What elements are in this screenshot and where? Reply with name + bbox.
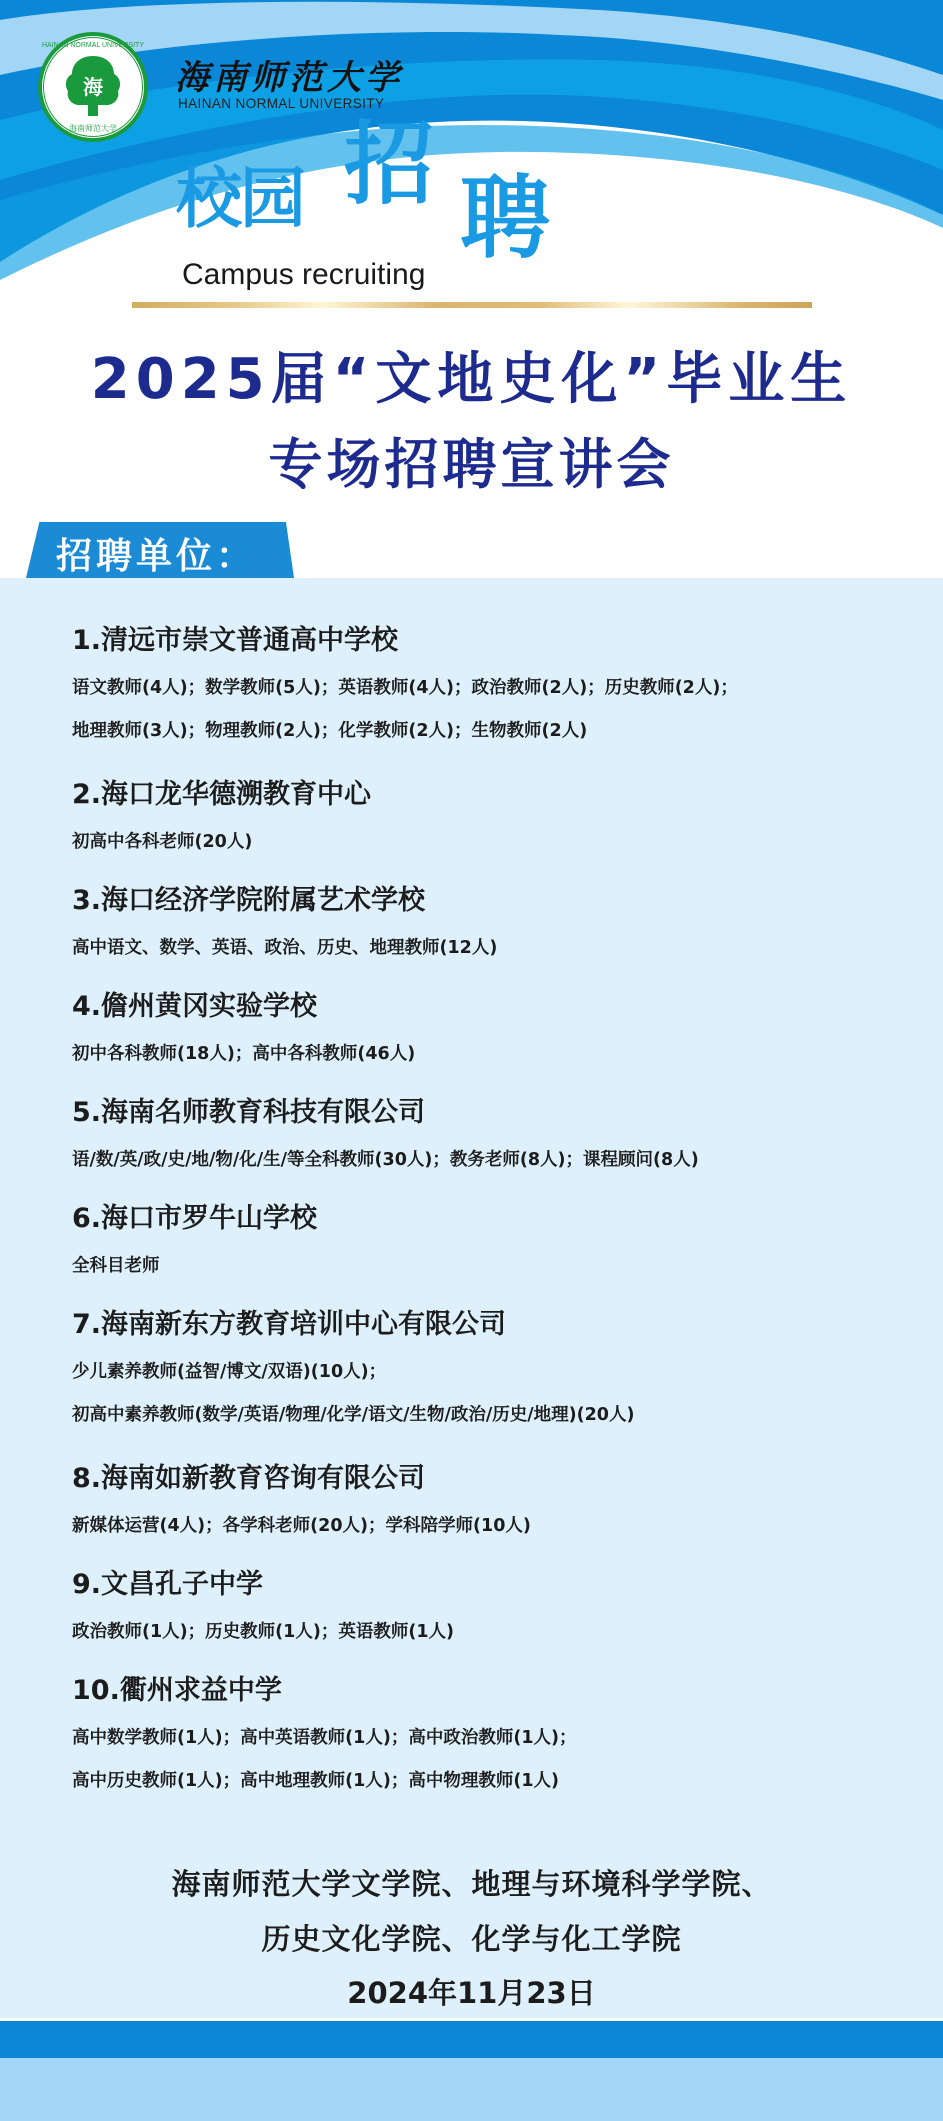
svg-text:HAINAN NORMAL UNIVERSITY: HAINAN NORMAL UNIVERSITY [42, 42, 144, 49]
unit-item: 5.海南名师教育科技有限公司 语/数/英/政/史/地/物/化/生/等全科教师(3… [72, 1097, 699, 1171]
unit-positions: 初高中素养教师(数学/英语/物理/化学/语文/生物/政治/历史/地理)(20人) [72, 1404, 634, 1426]
gold-divider [132, 302, 812, 308]
unit-item: 1.清远市崇文普通高中学校 语文教师(4人)；数学教师(5人)；英语教师(4人)… [72, 625, 738, 742]
unit-name: 10.衢州求益中学 [72, 1675, 577, 1707]
unit-item: 3.海口经济学院附属艺术学校 高中语文、数学、英语、政治、历史、地理教师(12人… [72, 885, 497, 959]
poster-header: 海 海南师范大学 HAINAN NORMAL UNIVERSITY 海南师范大学… [0, 0, 943, 580]
university-name-en: HAINAN NORMAL UNIVERSITY [178, 96, 384, 111]
event-title-line-2: 专场招聘宣讲会 [0, 422, 943, 499]
unit-name: 7.海南新东方教育培训中心有限公司 [72, 1309, 634, 1341]
unit-positions: 语/数/英/政/史/地/物/化/生/等全科教师(30人)；教务老师(8人)；课程… [72, 1149, 699, 1171]
unit-name: 9.文昌孔子中学 [72, 1569, 454, 1601]
unit-item: 10.衢州求益中学 高中数学教师(1人)；高中英语教师(1人)；高中政治教师(1… [72, 1675, 577, 1792]
event-date: 2024年11月23日 [0, 1971, 943, 2012]
campus-recruit-word-2: 招 [344, 120, 434, 210]
footer-band-light [0, 2058, 943, 2121]
unit-name: 8.海南如新教育咨询有限公司 [72, 1463, 531, 1495]
organizers-line-1: 海南师范大学文学院、地理与环境科学学院、 [0, 1862, 943, 1903]
unit-positions: 新媒体运营(4人)；各学科老师(20人)；学科陪学师(10人) [72, 1515, 531, 1537]
unit-positions: 初中各科教师(18人)；高中各科教师(46人) [72, 1043, 415, 1065]
unit-item: 6.海口市罗牛山学校 全科目老师 [72, 1203, 317, 1277]
unit-positions: 高中语文、数学、英语、政治、历史、地理教师(12人) [72, 937, 497, 959]
unit-name: 1.清远市崇文普通高中学校 [72, 625, 738, 657]
unit-item: 8.海南如新教育咨询有限公司 新媒体运营(4人)；各学科老师(20人)；学科陪学… [72, 1463, 531, 1537]
campus-recruit-word-3: 聘 [460, 174, 550, 264]
university-logo: 海 海南师范大学 HAINAN NORMAL UNIVERSITY [36, 30, 150, 144]
unit-item: 7.海南新东方教育培训中心有限公司 少儿素养教师(益智/博文/双语)(10人)；… [72, 1309, 634, 1426]
event-title-line-1: 2025届“文地史化”毕业生 [0, 335, 943, 415]
unit-item: 2.海口龙华德溯教育中心 初高中各科老师(20人) [72, 779, 371, 853]
unit-name: 2.海口龙华德溯教育中心 [72, 779, 371, 811]
unit-positions: 少儿素养教师(益智/博文/双语)(10人)； [72, 1361, 634, 1383]
svg-text:海南师范大学: 海南师范大学 [69, 123, 117, 133]
unit-name: 6.海口市罗牛山学校 [72, 1203, 317, 1235]
unit-item: 9.文昌孔子中学 政治教师(1人)；历史教师(1人)；英语教师(1人) [72, 1569, 454, 1643]
university-name-cn: 海南师范大学 [175, 50, 403, 99]
unit-positions: 全科目老师 [72, 1255, 317, 1277]
unit-positions: 高中数学教师(1人)；高中英语教师(1人)；高中政治教师(1人)； [72, 1727, 577, 1749]
unit-positions: 语文教师(4人)；数学教师(5人)；英语教师(4人)；政治教师(2人)；历史教师… [72, 677, 738, 699]
unit-positions: 初高中各科老师(20人) [72, 831, 371, 853]
unit-name: 4.儋州黄冈实验学校 [72, 991, 415, 1023]
unit-positions: 政治教师(1人)；历史教师(1人)；英语教师(1人) [72, 1621, 454, 1643]
unit-item: 4.儋州黄冈实验学校 初中各科教师(18人)；高中各科教师(46人) [72, 991, 415, 1065]
unit-name: 3.海口经济学院附属艺术学校 [72, 885, 497, 917]
organizers-line-2: 历史文化学院、化学与化工学院 [0, 1917, 943, 1958]
section-tag-recruiting-units: 招聘单位： [26, 522, 294, 578]
unit-positions: 高中历史教师(1人)；高中地理教师(1人)；高中物理教师(1人) [72, 1770, 577, 1792]
unit-name: 5.海南名师教育科技有限公司 [72, 1097, 699, 1129]
campus-recruit-word-1: 校园 [176, 166, 304, 232]
section-tag-label: 招聘单位： [56, 528, 256, 579]
svg-text:海: 海 [83, 75, 104, 99]
unit-positions: 地理教师(3人)；物理教师(2人)；化学教师(2人)；生物教师(2人) [72, 720, 738, 742]
footer-band-dark [0, 2021, 943, 2058]
campus-recruit-en: Campus recruiting [182, 258, 425, 292]
